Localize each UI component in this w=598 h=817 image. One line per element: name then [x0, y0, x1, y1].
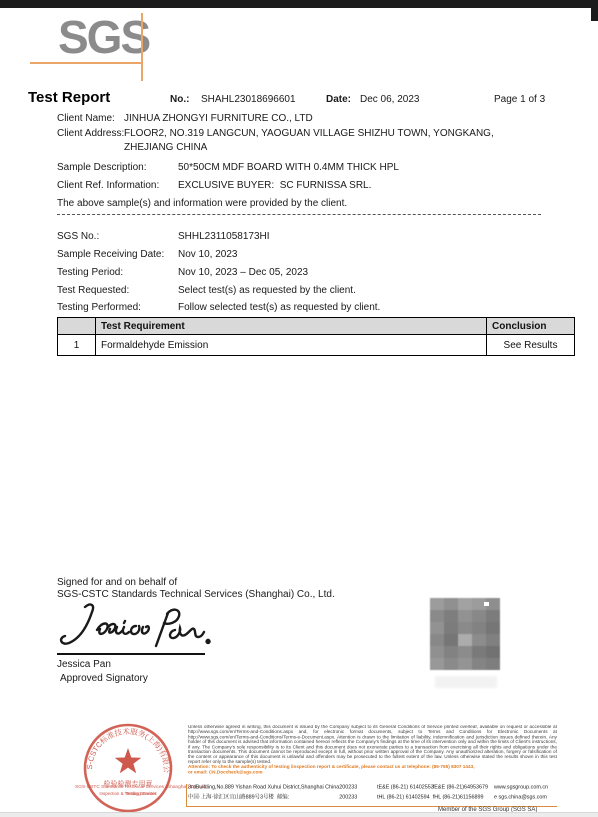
mosaic-cell: [472, 658, 486, 670]
footer-vertical-rule: [186, 784, 187, 806]
postcode-cn-label: 邮编:: [277, 795, 291, 800]
redacted-stamp-highlight: [484, 602, 489, 606]
receiving-date-value: Nov 10, 2023: [178, 249, 238, 261]
mosaic-cell: [458, 622, 472, 634]
fax-1: fE&E (86-21)64953679: [433, 783, 494, 793]
signed-for-line: Signed for and on behalf of: [57, 577, 177, 589]
client-name-label: Client Name:: [57, 113, 115, 125]
signature-handwriting: Jessica Pan.: [55, 600, 215, 652]
header-conclusion: Conclusion: [487, 318, 575, 335]
report-no-value: SHAHL23018696601: [201, 94, 296, 106]
mosaic-cell: [472, 646, 486, 658]
mosaic-cell: [444, 658, 458, 670]
mosaic-cell: [444, 646, 458, 658]
mosaic-cell: [430, 622, 444, 634]
mosaic-cell: [472, 622, 486, 634]
page-indicator: Page 1 of 3: [494, 94, 545, 106]
report-date-label: Date:: [326, 94, 351, 106]
report-date-value: Dec 06, 2023: [360, 94, 420, 106]
address-cn: 中国·上海·徐汇区宜山路889号3号楼 邮编:: [188, 793, 339, 803]
testing-performed-value: Follow selected test(s) as requested by …: [178, 302, 380, 314]
sample-description-label: Sample Description:: [57, 162, 146, 174]
mosaic-cell: [458, 610, 472, 622]
address-row-cn: 中国·上海·徐汇区宜山路889号3号楼 邮编: 200233 tHL (86-2…: [188, 793, 557, 803]
mosaic-cell: [486, 634, 500, 646]
logo-horizontal-rule: [30, 62, 141, 64]
redacted-stamp-mosaic: [430, 598, 500, 670]
address-en: 3rdBuilding,No.889 Yishan Road Xuhui Dis…: [188, 783, 339, 793]
client-address-value-line2: ZHEJIANG CHINA: [124, 142, 207, 154]
mosaic-cell: [486, 622, 500, 634]
postcode-en: 200233: [339, 783, 377, 793]
seal-graphic: SGS-CSTC标准技术服务(上海)有限公司 检验检测专用章 Inspectio…: [75, 722, 181, 817]
footer-disclaimer-block: Unless otherwise agreed in writing, this…: [188, 725, 557, 789]
mosaic-cell: [430, 610, 444, 622]
testing-performed-label: Testing Performed:: [57, 302, 141, 314]
redacted-stamp-shadow: [435, 676, 497, 688]
scan-top-edge: [0, 0, 598, 8]
scan-corner-mark: [591, 8, 598, 21]
mosaic-cell: [458, 598, 472, 610]
website: www.sgsgroup.com.cn: [494, 783, 557, 793]
report-no-label: No.:: [170, 94, 189, 106]
report-title: Test Report: [28, 89, 110, 106]
mosaic-cell: [472, 634, 486, 646]
mosaic-cell: [472, 610, 486, 622]
row-test-requirement: Formaldehyde Emission: [96, 335, 487, 356]
logo-vertical-rule: [141, 13, 143, 81]
results-table-header-row: Test Requirement Conclusion: [58, 318, 575, 335]
sample-description-value: 50*50CM MDF BOARD WITH 0.4MM THICK HPL: [178, 162, 399, 174]
test-report-page: SGS Test Report No.: SHAHL23018696601 Da…: [0, 0, 598, 817]
mosaic-cell: [444, 622, 458, 634]
signature-rule: [57, 653, 205, 655]
sgs-no-value: SHHL2311058173HI: [178, 231, 270, 243]
header-no: [58, 318, 96, 335]
attention-line2: or email: CN.Doccheck@sgs.com: [188, 770, 557, 775]
signatory-role: Approved Signatory: [60, 673, 148, 685]
header-test-requirement: Test Requirement: [96, 318, 487, 335]
mosaic-cell: [430, 598, 444, 610]
client-address-label: Client Address:: [57, 128, 124, 140]
telephone-2: tHL (86-21) 61402594: [377, 793, 433, 803]
client-ref-label: Client Ref. Information:: [57, 180, 159, 192]
testing-period-value: Nov 10, 2023 – Dec 05, 2023: [178, 267, 308, 279]
email: e sgs.china@sgs.com: [494, 793, 557, 803]
test-requested-value: Select test(s) as requested by the clien…: [178, 285, 356, 297]
fax-2: fHL (86-21)61156899: [433, 793, 494, 803]
sgs-no-label: SGS No.:: [57, 231, 99, 243]
signatory-name: Jessica Pan: [57, 659, 111, 671]
mosaic-cell: [486, 610, 500, 622]
scan-bottom-edge: [0, 812, 598, 817]
row-conclusion: See Results: [487, 335, 575, 356]
postcode-cn: 200233: [339, 793, 377, 803]
mosaic-cell: [444, 598, 458, 610]
results-table: Test Requirement Conclusion 1 Formaldehy…: [57, 317, 575, 356]
client-ref-value: EXCLUSIVE BUYER: SC FURNISSA SRL.: [178, 180, 371, 192]
footer-address-block: 3rdBuilding,No.889 Yishan Road Xuhui Dis…: [188, 783, 557, 805]
sgs-logo: SGS: [58, 14, 149, 60]
telephone-1: tE&E (86-21) 61402553: [377, 783, 433, 793]
address-row-en: 3rdBuilding,No.889 Yishan Road Xuhui Dis…: [188, 783, 557, 793]
receiving-date-label: Sample Receiving Date:: [57, 249, 164, 261]
mosaic-cell: [444, 634, 458, 646]
mosaic-cell: [486, 658, 500, 670]
test-requested-label: Test Requested:: [57, 285, 129, 297]
mosaic-cell: [458, 634, 472, 646]
dashed-separator: [57, 214, 541, 215]
client-name-value: JINHUA ZHONGYI FURNITURE CO., LTD: [124, 113, 313, 125]
disclaimer-text: Unless otherwise agreed in writing, this…: [188, 725, 557, 765]
table-row: 1 Formaldehyde Emission See Results: [58, 335, 575, 356]
mosaic-cell: [486, 646, 500, 658]
client-address-value-line1: FLOOR2, NO.319 LANGCUN, YAOGUAN VILLAGE …: [124, 128, 494, 140]
provided-by-client-note: The above sample(s) and information were…: [57, 198, 347, 210]
seal-star-icon: [115, 748, 142, 773]
mosaic-cell: [430, 634, 444, 646]
mosaic-cell: [430, 646, 444, 658]
mosaic-cell: [430, 658, 444, 670]
testing-period-label: Testing Period:: [57, 267, 123, 279]
row-no: 1: [58, 335, 96, 356]
mosaic-cell: [458, 646, 472, 658]
mosaic-cell: [444, 610, 458, 622]
mosaic-cell: [458, 658, 472, 670]
